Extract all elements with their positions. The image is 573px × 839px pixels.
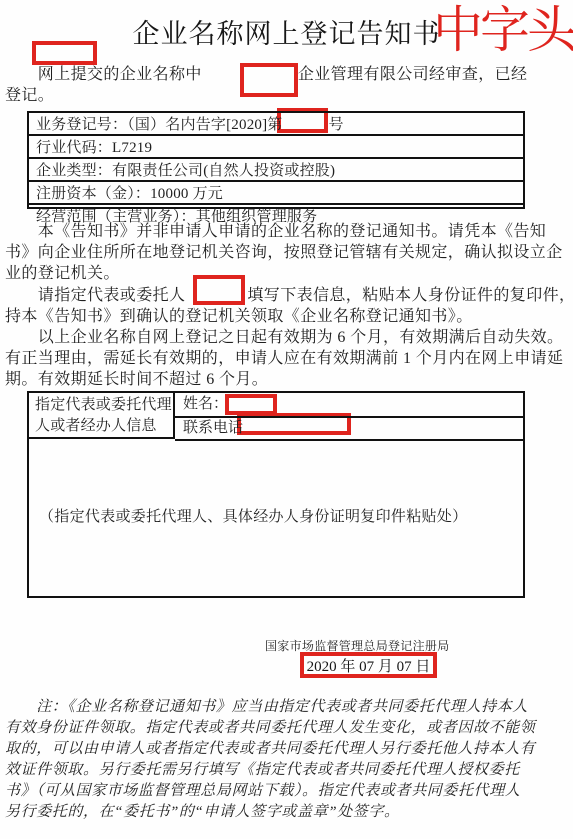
agent-info-table: 指定代表或委托代理 人或者经办人信息 姓名： 联系电话 （指定代表或委托代理人、… <box>27 391 525 598</box>
intro-line-1: 网上提交的企业名称中企业管理有限公司经审查，已经 <box>5 64 550 85</box>
reg-no-post: 号 <box>329 113 344 134</box>
name-label: 姓名： <box>183 396 228 412</box>
note-line-5: 书》（可从国家市场监督管理总局网站下载）。指定代表或者共同委托代理人 <box>5 781 553 802</box>
fill-line-2: 持本《告知书》到确认的登记机关领取《企业名称登记通知书》。 <box>5 306 550 327</box>
notice-line-2: 书》向企业住所所在地登记机关咨询，按照登记管辖有关规定，确认拟设立企 <box>5 242 550 263</box>
fill-line1-post: 填写下表信息，粘贴本人身份证件的复印件， <box>247 287 573 304</box>
footnote-paragraph: 注：《企业名称登记通知书》应当由指定代表或者共同委托代理人持本人 有效身份证件领… <box>5 697 553 823</box>
notice-line-3: 业的登记机关。 <box>5 263 550 284</box>
document-page: 企业名称网上登记告知书 中字头 网上提交的企业名称中企业管理有限公司经审查，已经… <box>0 0 573 839</box>
validity-line-3: 期。有效期延长时间不超过 6 个月。 <box>5 369 550 390</box>
redacted-gap <box>202 78 298 79</box>
name-row: 姓名： <box>175 393 523 418</box>
agent-table-left-header: 指定代表或委托代理 人或者经办人信息 <box>29 393 175 439</box>
redacted-gap <box>185 299 247 300</box>
fill-line1-pre: 请指定代表或委托人 <box>5 287 185 304</box>
company-info-table: 业务登记号：（国）名内告字[2020]第号 行业代码：L7219 企业类型：有限… <box>27 111 525 209</box>
notice-paragraph: 本《告知书》并非申请人申请的企业名称的登记通知书。请凭本《告知 书》向企业住所所… <box>5 221 550 284</box>
note-line-1: 注：《企业名称登记通知书》应当由指定代表或者共同委托代理人持本人 <box>5 697 553 718</box>
red-overlay-annotation: 中字头 <box>433 2 573 58</box>
intro-line1-pre: 网上提交的企业名称中 <box>5 66 202 83</box>
redacted-gap <box>283 123 329 124</box>
validity-line-2: 有正当理由，需延长有效期的，申请人应在有效期满前 1 个月内在网上申请延 <box>5 348 550 369</box>
note-line-6: 另行委托的，在“委托书”的“申请人签字或盖章”处签字。 <box>5 802 553 823</box>
intro-line1-post: 企业管理有限公司经审查，已经 <box>298 66 528 83</box>
validity-line-1: 以上企业名称自网上登记之日起有效期为 6 个月，有效期满后自动失效。 <box>5 327 550 348</box>
phone-label: 联系电话 <box>183 420 243 436</box>
id-copy-paste-area: （指定代表或委托代理人、具体经办人身份证明复印件粘贴处） <box>29 439 523 596</box>
note-line-2: 有效身份证件领取。指定代表或者共同委托代理人发生变化，或者因故不能领 <box>5 718 553 739</box>
row-registered-capital: 注册资本（金）：10000 万元 <box>29 180 523 203</box>
issue-date: 2020 年 07 月 07 日 <box>307 655 431 676</box>
intro-paragraph: 网上提交的企业名称中企业管理有限公司经审查，已经 登记。 <box>5 64 550 106</box>
reg-no-pre: 业务登记号：（国）名内告字[2020]第 <box>36 113 283 134</box>
row-business-reg-no: 业务登记号：（国）名内告字[2020]第号 <box>29 113 523 134</box>
left-header-line-1: 指定代表或委托代理 <box>35 395 173 416</box>
validity-paragraph: 以上企业名称自网上登记之日起有效期为 6 个月，有效期满后自动失效。 有正当理由… <box>5 327 550 390</box>
fill-instruction-paragraph: 请指定代表或委托人填写下表信息，粘贴本人身份证件的复印件， 持本《告知书》到确认… <box>5 285 550 327</box>
agent-table-right: 姓名： 联系电话 <box>175 393 523 441</box>
phone-row: 联系电话 <box>175 418 523 441</box>
fill-line-1: 请指定代表或委托人填写下表信息，粘贴本人身份证件的复印件， <box>5 285 550 306</box>
note-line-4: 效证件领取。另行委托需另行填写《指定代表或者共同委托代理人授权委托 <box>5 760 553 781</box>
issue-date-highlight-box: 2020 年 07 月 07 日 <box>300 652 437 678</box>
redaction-box-header <box>32 41 97 65</box>
row-company-type: 企业类型：有限责任公司(自然人投资或控股) <box>29 157 523 180</box>
note-line-3: 取的，可以由申请人或者指定代表或者共同委托代理人另行委托他人持本人有 <box>5 739 553 760</box>
intro-line-2: 登记。 <box>5 85 550 106</box>
row-industry-code: 行业代码：L7219 <box>29 134 523 157</box>
notice-line-1: 本《告知书》并非申请人申请的企业名称的登记通知书。请凭本《告知 <box>5 221 550 242</box>
left-header-line-2: 人或者经办人信息 <box>35 416 173 437</box>
